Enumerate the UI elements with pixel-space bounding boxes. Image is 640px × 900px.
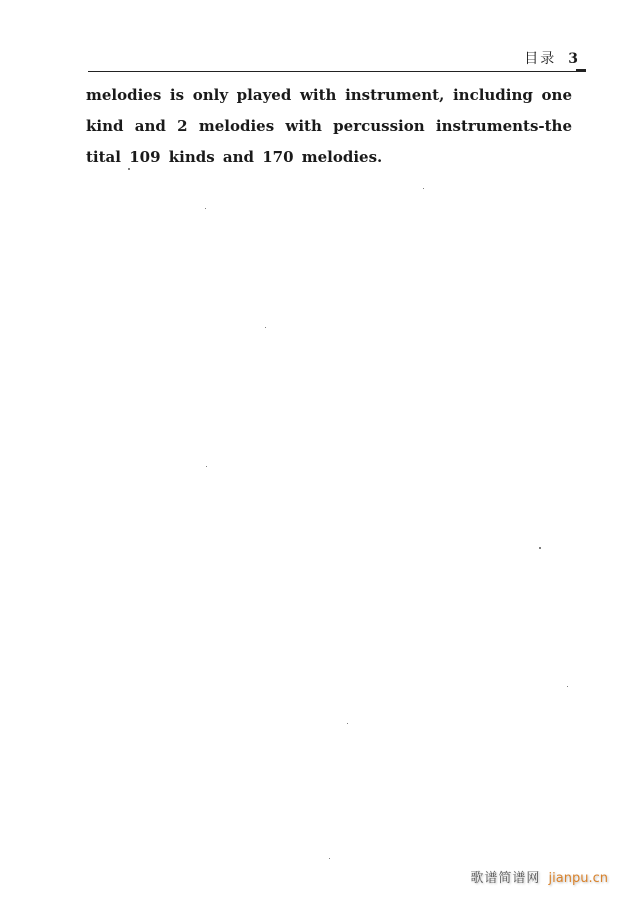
body-line: melodies is only played with instrument,… [86, 80, 572, 111]
scan-speck [128, 168, 130, 170]
running-header: 目录 3 [524, 48, 578, 68]
watermark-site-name: 歌谱简谱网 [470, 871, 540, 886]
body-line: tital 109 kinds and 170 melodies. [86, 142, 572, 173]
scan-speck [423, 188, 424, 189]
scan-speck [347, 723, 348, 724]
watermark-url: jianpu.cn [549, 871, 608, 886]
scan-speck [205, 208, 206, 209]
watermark: 歌谱简谱网 jianpu.cn [470, 867, 608, 886]
scan-speck [265, 327, 266, 328]
header-rule [88, 71, 583, 72]
scan-speck [206, 466, 207, 467]
scan-speck [329, 858, 330, 859]
page-number: 3 [568, 51, 578, 67]
scan-speck [539, 547, 541, 549]
header-title: 目录 [524, 48, 556, 68]
scan-speck [567, 686, 568, 687]
header-rule-tail [576, 69, 586, 72]
body-line: kind and 2 melodies with percussion inst… [86, 111, 572, 142]
body-paragraph: melodies is only played with instrument,… [86, 80, 572, 173]
